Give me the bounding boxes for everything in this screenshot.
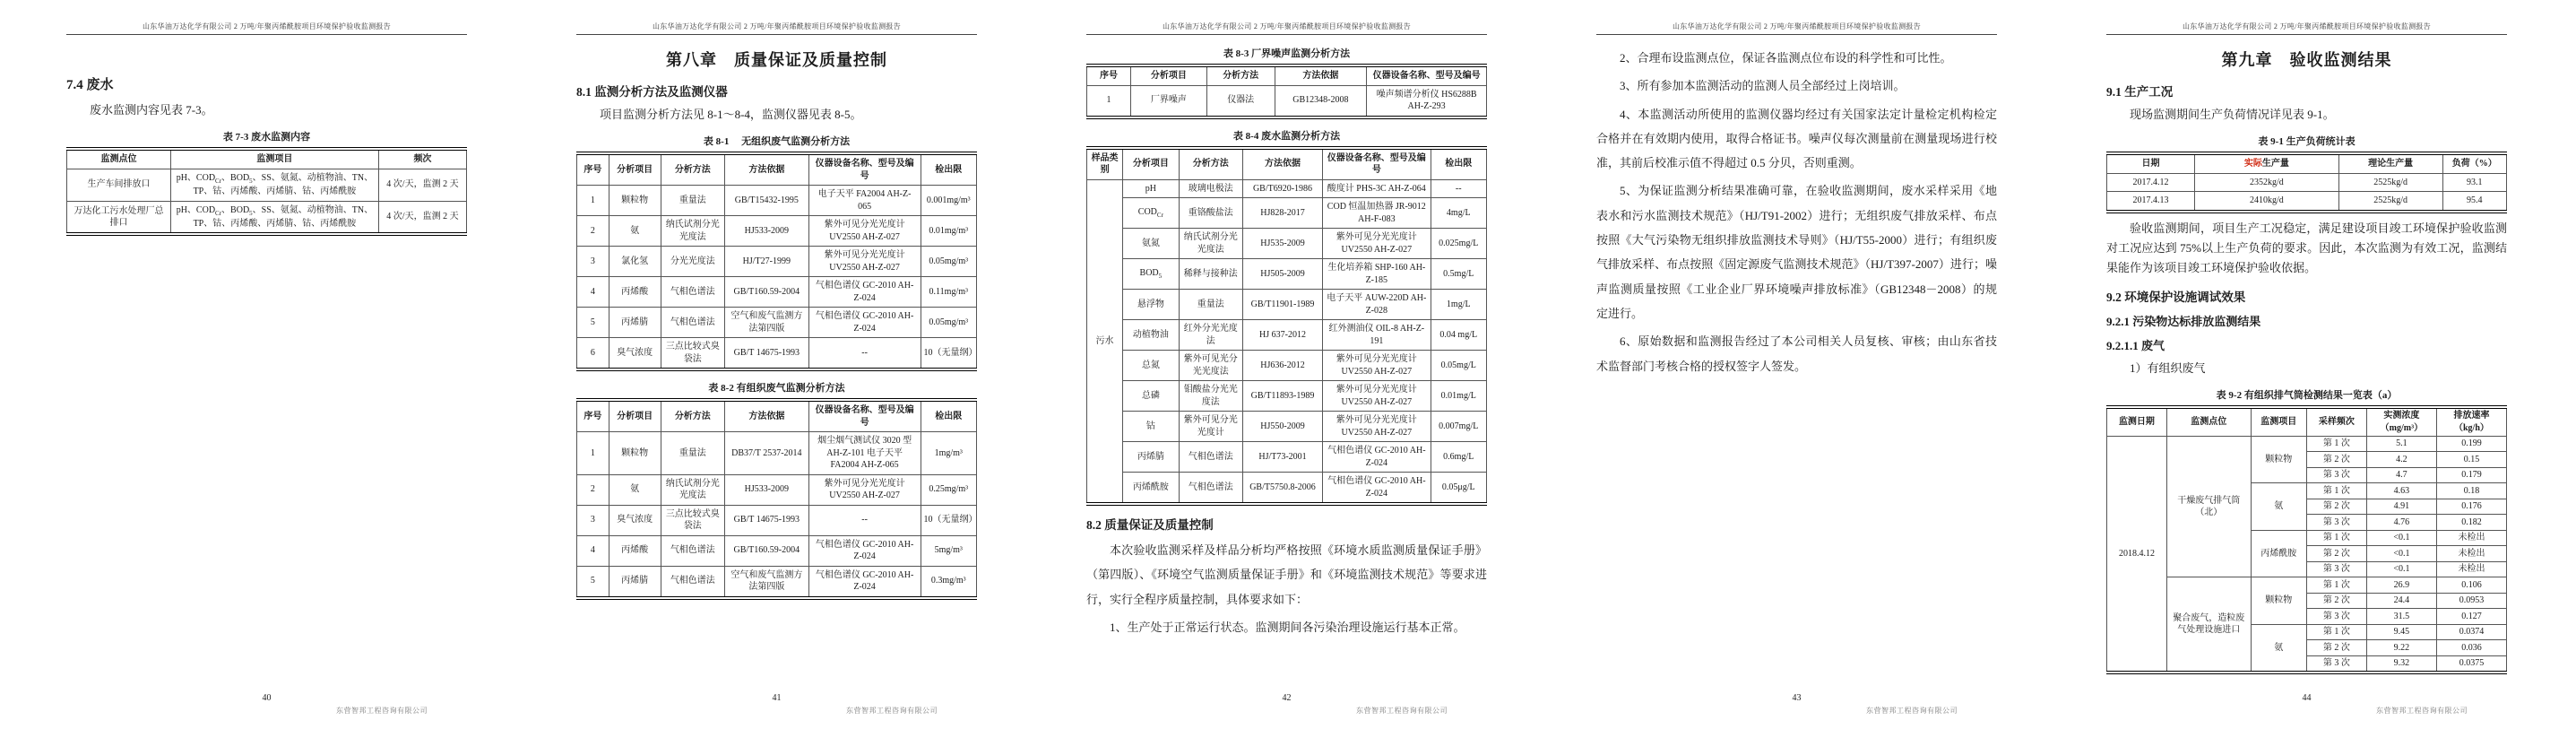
table-header-cell: 检出限	[921, 153, 976, 186]
table-cell: 第 1 次	[2306, 483, 2366, 499]
footer-company: 东营智邦工程咨询有限公司	[846, 706, 938, 716]
table-cell: 9.45	[2366, 624, 2436, 640]
table-8-1-title: 表 8-1 无组织废气监测分析方法	[576, 134, 977, 148]
table-cell: 悬浮物	[1123, 290, 1179, 320]
table-cell: 0.18	[2436, 483, 2506, 499]
table-cell: 气相色谱法	[1179, 473, 1242, 505]
table-cell: 紫外可见分光光度计 UV2550 AH-Z-027	[1323, 381, 1431, 412]
table-9-1-title: 表 9-1 生产负荷统计表	[2106, 134, 2507, 148]
table-cell: 气相色谱法	[661, 535, 724, 566]
table-cell: 电子天平 FA2004 AH-Z-065	[808, 186, 921, 216]
table-cell: 气相色谱仪 GC-2010 AH-Z-024	[808, 566, 921, 598]
table-cell: 干燥废气排气筒（北）	[2166, 436, 2251, 577]
table-cell: HJ533-2009	[725, 474, 809, 505]
table-cell: 紫外可见分光光度计 UV2550 AH-Z-027	[808, 216, 921, 247]
table-7-3-title: 表 7-3 废水监测内容	[66, 129, 467, 143]
table-cell: 4	[577, 277, 609, 308]
table-header-row: 序号分析项目分析方法方法依据仪器设备名称、型号及编号检出限	[577, 153, 977, 186]
table-cell: 丙烯腈	[1123, 442, 1179, 473]
table-cell: 0.176	[2436, 499, 2506, 515]
table-cell: 气相色谱法	[661, 566, 724, 598]
section-9-1-intro: 现场监测期间生产负荷情况详见表 9-1。	[2106, 105, 2507, 125]
table-cell: 0.106	[2436, 577, 2506, 594]
table-cell: 第 1 次	[2306, 436, 2366, 452]
table-row: 5丙烯腈气相色谱法空气和废气监测方法第四版气相色谱仪 GC-2010 AH-Z-…	[577, 566, 977, 598]
table-cell: --	[808, 338, 921, 370]
table-cell: 1	[1087, 85, 1131, 117]
table-cell: 第 3 次	[2306, 655, 2366, 673]
table-header-cell: 分析项目	[609, 153, 661, 186]
qc-item-6: 6、原始数据和监测报告经过了本公司相关人员复核、审核；由山东省技术监督部门考核合…	[1596, 329, 1997, 378]
table-cell: 4.76	[2366, 515, 2436, 531]
table-cell: 气相色谱仪 GC-2010 AH-Z-024	[808, 277, 921, 308]
table-cell: 氨	[2251, 483, 2306, 531]
table-row: 总氮紫外可见光分光光度法HJ636-2012紫外可见分光光度计 UV2550 A…	[1087, 351, 1487, 381]
table-header-cell: 分析方法	[661, 153, 724, 186]
table-cell: 未检出	[2436, 546, 2506, 562]
table-cell: 0.05mg/m³	[921, 308, 976, 338]
table-cell: 生化培养箱 SHP-160 AH-Z-185	[1323, 259, 1431, 290]
table-cell: 第 3 次	[2306, 515, 2366, 531]
table-header-row: 序号分析项目分析方法方法依据仪器设备名称、型号及编号	[1087, 65, 1487, 85]
table-cell: 1mg/L	[1431, 290, 1486, 320]
table-row: 1厂界噪声仪器法GB12348-2008噪声频谱分析仪 HS6288B AH-Z…	[1087, 85, 1487, 117]
table-cell: GB/T6920-1986	[1242, 179, 1322, 198]
section-9-1-conclusion: 验收监测期间，项目生产工况稳定，满足建设项目竣工环境保护验收监测对工况应达到 7…	[2106, 219, 2507, 278]
qc-item-4: 4、本监测活动所使用的监测仪器均经过有关国家法定计量检定机构检定合格并在有效期内…	[1596, 102, 1997, 176]
page-number: 44	[2067, 693, 2546, 703]
table-cell: --	[1431, 179, 1486, 198]
table-cell: 第 1 次	[2306, 624, 2366, 640]
table-cell: 24.4	[2366, 593, 2436, 609]
table-header-cell: 检出限	[1431, 148, 1486, 180]
table-row: 1颗粒物重量法GB/T15432-1995电子天平 FA2004 AH-Z-06…	[577, 186, 977, 216]
table-cell: 三点比较式臭袋法	[661, 505, 724, 535]
table-8-1: 序号分析项目分析方法方法依据仪器设备名称、型号及编号检出限1颗粒物重量法GB/T…	[576, 152, 977, 371]
table-row: 1颗粒物重量法DB37/T 2537-2014烟尘烟气测试仪 3020 型 AH…	[577, 432, 977, 475]
table-cell: 红外测油仪 OIL-8 AH-Z-191	[1323, 320, 1431, 351]
table-cell: 纳氏试剂分光光度法	[661, 474, 724, 505]
section-7-4-heading: 7.4 废水	[66, 74, 467, 93]
table-cell: HJ533-2009	[725, 216, 809, 247]
table-cell: 0.0953	[2436, 593, 2506, 609]
table-cell: 丙烯酸	[609, 277, 661, 308]
qc-item-3: 3、所有参加本监测活动的监测人员全部经过上岗培训。	[1596, 74, 1997, 98]
table-cell: 紫外可见分光光度计 UV2550 AH-Z-027	[808, 474, 921, 505]
table-header-cell: 分析方法	[661, 400, 724, 432]
section-8-2-heading: 8.2 质量保证及质量控制	[1086, 515, 1487, 533]
table-row: BOD5稀释与接种法HJ505-2009生化培养箱 SHP-160 AH-Z-1…	[1087, 259, 1487, 290]
page-number: 43	[1557, 693, 2036, 703]
table-cell: 气相色谱仪 GC-2010 AH-Z-024	[808, 535, 921, 566]
table-cell: 第 2 次	[2306, 593, 2366, 609]
table-cell: 气相色谱仪 GC-2010 AH-Z-024	[1323, 442, 1431, 473]
table-cell: 2525kg/d	[2338, 173, 2442, 192]
table-cell: 0.182	[2436, 515, 2506, 531]
table-header-cell: 序号	[1087, 65, 1131, 85]
table-cell: 重量法	[661, 186, 724, 216]
table-header-cell: 监测点位	[67, 149, 171, 169]
table-cell: 0.6mg/L	[1431, 442, 1486, 473]
table-cell: 氨	[2251, 624, 2306, 673]
table-row: 3氯化氢分光光度法HJ/T27-1999紫外可见分光光度计 UV2550 AH-…	[577, 247, 977, 277]
table-header-row: 样品类别分析项目分析方法方法依据仪器设备名称、型号及编号检出限	[1087, 148, 1487, 180]
table-cell: 钼酸盐分光光度法	[1179, 381, 1242, 412]
table-7-3: 监测点位监测项目频次生产车间排放口pH、CODCr、BOD5、SS、氨氮、动植物…	[66, 147, 467, 236]
page-43: 山东华油万达化学有限公司 2 万吨/年聚丙烯酰胺项目环境保护验收监测报告 2、合…	[1557, 0, 2036, 755]
table-cell: <0.1	[2366, 561, 2436, 577]
table-cell: DB37/T 2537-2014	[725, 432, 809, 475]
table-8-2-title: 表 8-2 有组织废气监测分析方法	[576, 380, 977, 395]
table-cell: 4.7	[2366, 467, 2436, 483]
table-header-cell: 分析方法	[1179, 148, 1242, 180]
table-row: 动植物油红外分光光度法HJ 637-2012红外测油仪 OIL-8 AH-Z-1…	[1087, 320, 1487, 351]
table-cell: 第 3 次	[2306, 561, 2366, 577]
organized-gas-label: 1）有组织废气	[2106, 359, 2507, 378]
table-cell: 0.01mg/m³	[921, 216, 976, 247]
table-9-2-title: 表 9-2 有组织排气筒检测结果一览表（a）	[2106, 387, 2507, 402]
section-9-2-1-1-heading: 9.2.1.1 废气	[2106, 336, 2507, 353]
table-row: 丙烯腈气相色谱法HJ/T73-2001气相色谱仪 GC-2010 AH-Z-02…	[1087, 442, 1487, 473]
table-cell: 未检出	[2436, 530, 2506, 546]
table-cell: 0.036	[2436, 640, 2506, 656]
table-cell: 4 次/天，监测 2 天	[378, 201, 466, 234]
table-cell: 3	[577, 247, 609, 277]
table-header-cell: 仪器设备名称、型号及编号	[808, 400, 921, 432]
table-cell: 氯化氢	[609, 247, 661, 277]
table-cell: 第 3 次	[2306, 467, 2366, 483]
table-cell: 玻璃电极法	[1179, 179, 1242, 198]
table-cell: 颗粒物	[609, 432, 661, 475]
table-row: 丙烯酰胺气相色谱法GB/T5750.8-2006气相色谱仪 GC-2010 AH…	[1087, 473, 1487, 505]
table-cell: 2017.4.12	[2107, 173, 2195, 192]
table-cell: 0.179	[2436, 467, 2506, 483]
table-cell: 颗粒物	[609, 186, 661, 216]
table-row: 聚合废气，造粒废气处理设施进口颗粒物第 1 次26.90.106	[2107, 577, 2507, 594]
table-9-1: 日期实际生产量理论生产量负荷（%）2017.4.122352kg/d2525kg…	[2106, 152, 2507, 213]
table-cell: 颗粒物	[2251, 577, 2306, 625]
section-9-2-heading: 9.2 环境保护设施调试效果	[2106, 287, 2507, 305]
page-41: 山东华油万达化学有限公司 2 万吨/年聚丙烯酰胺项目环境保护验收监测报告 第八章…	[537, 0, 1016, 755]
table-cell: 2525kg/d	[2338, 192, 2442, 212]
table-header-cell: 监测日期	[2107, 407, 2167, 437]
table-cell: 重铬酸盐法	[1179, 198, 1242, 229]
table-cell: HJ/T73-2001	[1242, 442, 1322, 473]
table-cell: 空气和废气监测方法第四版	[725, 566, 809, 598]
table-cell: 第 1 次	[2306, 577, 2366, 594]
table-cell: 4.91	[2366, 499, 2436, 515]
table-cell: 第 2 次	[2306, 499, 2366, 515]
table-row: 悬浮物重量法GB/T11901-1989电子天平 AUW-220D AH-Z-0…	[1087, 290, 1487, 320]
table-row: 万达化工污水处理厂总排口pH、CODCr、BOD5、SS、氨氮、动植物油、TN、…	[67, 201, 467, 234]
table-cell: 5mg/m³	[921, 535, 976, 566]
table-cell: GB/T160.59-2004	[725, 277, 809, 308]
table-cell: 氨	[609, 216, 661, 247]
table-cell: 电子天平 AUW-220D AH-Z-028	[1323, 290, 1431, 320]
table-cell: 10（无量纲）	[921, 338, 976, 370]
footer-company: 东营智邦工程咨询有限公司	[1356, 706, 1448, 716]
table-header-cell: 序号	[577, 400, 609, 432]
table-cell: HJ505-2009	[1242, 259, 1322, 290]
table-header-cell: 方法依据	[1275, 65, 1367, 85]
table-cell: 0.05μg/L	[1431, 473, 1486, 505]
report-header: 山东华油万达化学有限公司 2 万吨/年聚丙烯酰胺项目环境保护验收监测报告	[576, 22, 977, 35]
table-cell: 第 3 次	[2306, 609, 2366, 625]
table-cell: GB/T160.59-2004	[725, 535, 809, 566]
table-row: 2018.4.12干燥废气排气筒（北）颗粒物第 1 次5.10.199	[2107, 436, 2507, 452]
table-header-cell: 监测项目	[2251, 407, 2306, 437]
table-cell: 污水	[1087, 179, 1123, 504]
table-8-2: 序号分析项目分析方法方法依据仪器设备名称、型号及编号检出限1颗粒物重量法DB37…	[576, 398, 977, 600]
table-row: 钴紫外可见分光光度计HJ550-2009紫外可见分光光度计 UV2550 AH-…	[1087, 412, 1487, 442]
table-8-4-title: 表 8-4 废水监测分析方法	[1086, 128, 1487, 143]
table-cell: CODCr	[1123, 198, 1179, 229]
table-cell: BOD5	[1123, 259, 1179, 290]
table-cell: 空气和废气监测方法第四版	[725, 308, 809, 338]
table-cell: 生产车间排放口	[67, 169, 171, 201]
table-cell: GB/T 14675-1993	[725, 505, 809, 535]
table-cell: 2	[577, 216, 609, 247]
report-header: 山东华油万达化学有限公司 2 万吨/年聚丙烯酰胺项目环境保护验收监测报告	[1596, 22, 1997, 35]
table-cell: 0.0374	[2436, 624, 2506, 640]
table-cell: 丙烯酸	[609, 535, 661, 566]
table-cell: HJ550-2009	[1242, 412, 1322, 442]
table-row: 3臭气浓度三点比较式臭袋法GB/T 14675-1993--10（无量纲）	[577, 505, 977, 535]
table-cell: 总磷	[1123, 381, 1179, 412]
table-header-cell: 序号	[577, 153, 609, 186]
table-cell: 1mg/m³	[921, 432, 976, 475]
table-8-4: 样品类别分析项目分析方法方法依据仪器设备名称、型号及编号检出限污水pH玻璃电极法…	[1086, 146, 1487, 507]
table-cell: GB/T5750.8-2006	[1242, 473, 1322, 505]
table-cell: 2410kg/d	[2195, 192, 2339, 212]
table-cell: 气相色谱仪 GC-2010 AH-Z-024	[1323, 473, 1431, 505]
table-row: 污水pH玻璃电极法GB/T6920-1986酸度计 PHS-3C AH-Z-06…	[1087, 179, 1487, 198]
table-cell: 丙烯酰胺	[1123, 473, 1179, 505]
table-header-cell: 分析项目	[1123, 148, 1179, 180]
table-cell: 0.199	[2436, 436, 2506, 452]
table-header-cell: 实际生产量	[2195, 153, 2339, 173]
table-row: 2017.4.132410kg/d2525kg/d95.4	[2107, 192, 2507, 212]
chapter-8-title: 第八章 质量保证及质量控制	[576, 48, 977, 71]
table-cell: 0.01mg/L	[1431, 381, 1486, 412]
table-cell: 氨氮	[1123, 229, 1179, 259]
table-row: 2氨纳氏试剂分光光度法HJ533-2009紫外可见分光光度计 UV2550 AH…	[577, 474, 977, 505]
section-8-2-paragraph: 本次验收监测采样及样品分析均严格按照《环境水质监测质量保证手册》（第四版）、《环…	[1086, 538, 1487, 612]
table-cell: 2018.4.12	[2107, 436, 2167, 673]
table-cell: 4mg/L	[1431, 198, 1486, 229]
table-cell: 95.4	[2442, 192, 2506, 212]
table-cell: 4.63	[2366, 483, 2436, 499]
table-cell: 臭气浓度	[609, 338, 661, 370]
table-header-cell: 分析项目	[1131, 65, 1207, 85]
table-cell: pH、CODCr、BOD5、SS、氨氮、动植物油、TN、TP、钴、丙烯酸、丙烯腈…	[170, 201, 378, 234]
table-header-cell: 理论生产量	[2338, 153, 2442, 173]
table-cell: <0.1	[2366, 530, 2436, 546]
table-cell: 动植物油	[1123, 320, 1179, 351]
table-row: 氨氮纳氏试剂分光光度法HJ535-2009紫外可见分光光度计 UV2550 AH…	[1087, 229, 1487, 259]
table-header-cell: 方法依据	[725, 400, 809, 432]
table-9-2: 监测日期监测点位监测项目采样频次实测浓度（mg/m³）排放速率（kg/h）201…	[2106, 405, 2507, 675]
table-cell: pH	[1123, 179, 1179, 198]
table-cell: HJ 637-2012	[1242, 320, 1322, 351]
table-header-cell: 监测点位	[2166, 407, 2251, 437]
table-cell: 聚合废气，造粒废气处理设施进口	[2166, 577, 2251, 673]
table-cell: 丙烯酰胺	[2251, 530, 2306, 577]
section-7-4-intro: 废水监测内容见表 7-3。	[66, 100, 467, 120]
table-cell: 紫外可见光分光光度法	[1179, 351, 1242, 381]
table-cell: 0.15	[2436, 452, 2506, 468]
page-number: 41	[537, 693, 1016, 703]
table-cell: 9.22	[2366, 640, 2436, 656]
table-header-cell: 监测项目	[170, 149, 378, 169]
table-cell: 1	[577, 186, 609, 216]
table-cell: 0.04 mg/L	[1431, 320, 1486, 351]
table-cell: 噪声频谱分析仪 HS6288B AH-Z-293	[1367, 85, 1487, 117]
table-cell: 1	[577, 432, 609, 475]
table-row: 生产车间排放口pH、CODCr、BOD5、SS、氨氮、动植物油、TN、TP、钴、…	[67, 169, 467, 201]
table-cell: COD 恒温加热器 JR-9012 AH-F-083	[1323, 198, 1431, 229]
table-cell: 3	[577, 505, 609, 535]
report-header: 山东华油万达化学有限公司 2 万吨/年聚丙烯酰胺项目环境保护验收监测报告	[66, 22, 467, 35]
table-cell: 26.9	[2366, 577, 2436, 594]
table-cell: GB/T11901-1989	[1242, 290, 1322, 320]
table-cell: 紫外可见分光光度计 UV2550 AH-Z-027	[1323, 351, 1431, 381]
table-header-cell: 方法依据	[725, 153, 809, 186]
table-cell: 0.025mg/L	[1431, 229, 1486, 259]
table-8-3-title: 表 8-3 厂界噪声监测分析方法	[1086, 46, 1487, 60]
table-cell: 钴	[1123, 412, 1179, 442]
table-cell: 气相色谱法	[1179, 442, 1242, 473]
table-cell: 10（无量纲）	[921, 505, 976, 535]
table-header-cell: 日期	[2107, 153, 2195, 173]
section-9-1-heading: 9.1 生产工况	[2106, 82, 2507, 100]
table-cell: 总氮	[1123, 351, 1179, 381]
page-number: 40	[27, 693, 506, 703]
table-cell: 紫外可见分光光度计 UV2550 AH-Z-027	[1323, 412, 1431, 442]
table-header-cell: 仪器设备名称、型号及编号	[808, 153, 921, 186]
table-cell: 气相色谱仪 GC-2010 AH-Z-024	[808, 308, 921, 338]
table-cell: 烟尘烟气测试仪 3020 型 AH-Z-101 电子天平 FA2004 AH-Z…	[808, 432, 921, 475]
table-cell: 颗粒物	[2251, 436, 2306, 483]
table-cell: 第 2 次	[2306, 452, 2366, 468]
page-number: 42	[1047, 693, 1526, 703]
table-header-cell: 负荷（%）	[2442, 153, 2506, 173]
table-cell: 2017.4.13	[2107, 192, 2195, 212]
table-cell: GB/T15432-1995	[725, 186, 809, 216]
table-cell: 红外分光光度法	[1179, 320, 1242, 351]
table-cell: 厂界噪声	[1131, 85, 1207, 117]
table-header-cell: 分析方法	[1206, 65, 1275, 85]
table-cell: 纳氏试剂分光光度法	[661, 216, 724, 247]
table-cell: pH、CODCr、BOD5、SS、氨氮、动植物油、TN、TP、钴、丙烯酸、丙烯腈…	[170, 169, 378, 201]
table-cell: 分光光度法	[661, 247, 724, 277]
table-cell: 5.1	[2366, 436, 2436, 452]
table-cell: 万达化工污水处理厂总排口	[67, 201, 171, 234]
table-header-cell: 频次	[378, 149, 466, 169]
table-cell: 2	[577, 474, 609, 505]
table-cell: 31.5	[2366, 609, 2436, 625]
document-viewer: 山东华油万达化学有限公司 2 万吨/年聚丙烯酰胺项目环境保护验收监测报告 7.4…	[0, 0, 2576, 755]
table-header-row: 日期实际生产量理论生产量负荷（%）	[2107, 153, 2507, 173]
table-cell: HJ636-2012	[1242, 351, 1322, 381]
table-cell: 仪器法	[1206, 85, 1275, 117]
table-cell: 9.32	[2366, 655, 2436, 673]
table-row: 4丙烯酸气相色谱法GB/T160.59-2004气相色谱仪 GC-2010 AH…	[577, 277, 977, 308]
table-header-cell: 仪器设备名称、型号及编号	[1323, 148, 1431, 180]
section-8-1-intro: 项目监测分析方法见 8-1～8-4，监测仪器见表 8-5。	[576, 105, 977, 125]
report-header: 山东华油万达化学有限公司 2 万吨/年聚丙烯酰胺项目环境保护验收监测报告	[2106, 22, 2507, 35]
table-row: CODCr重铬酸盐法HJ828-2017COD 恒温加热器 JR-9012 AH…	[1087, 198, 1487, 229]
table-cell: 0.3mg/m³	[921, 566, 976, 598]
table-header-cell: 分析项目	[609, 400, 661, 432]
table-cell: 第 2 次	[2306, 640, 2366, 656]
table-cell: 93.1	[2442, 173, 2506, 192]
table-cell: 重量法	[661, 432, 724, 475]
table-header-cell: 采样频次	[2306, 407, 2366, 437]
page-40: 山东华油万达化学有限公司 2 万吨/年聚丙烯酰胺项目环境保护验收监测报告 7.4…	[27, 0, 506, 755]
table-cell: --	[808, 505, 921, 535]
report-header: 山东华油万达化学有限公司 2 万吨/年聚丙烯酰胺项目环境保护验收监测报告	[1086, 22, 1487, 35]
table-cell: 紫外可见分光光度计 UV2550 AH-Z-027	[808, 247, 921, 277]
table-cell: 三点比较式臭袋法	[661, 338, 724, 370]
table-cell: 丙烯腈	[609, 566, 661, 598]
table-header-row: 监测日期监测点位监测项目采样频次实测浓度（mg/m³）排放速率（kg/h）	[2107, 407, 2507, 437]
table-cell: <0.1	[2366, 546, 2436, 562]
table-row: 总磷钼酸盐分光光度法GB/T11893-1989紫外可见分光光度计 UV2550…	[1087, 381, 1487, 412]
table-row: 4丙烯酸气相色谱法GB/T160.59-2004气相色谱仪 GC-2010 AH…	[577, 535, 977, 566]
table-row: 6臭气浓度三点比较式臭袋法GB/T 14675-1993--10（无量纲）	[577, 338, 977, 370]
table-cell: 第 2 次	[2306, 546, 2366, 562]
table-cell: 臭气浓度	[609, 505, 661, 535]
table-cell: 紫外可见分光光度计	[1179, 412, 1242, 442]
section-8-1-heading: 8.1 监测分析方法及监测仪器	[576, 82, 977, 100]
table-cell: 纳氏试剂分光光度法	[1179, 229, 1242, 259]
footer-company: 东营智邦工程咨询有限公司	[336, 706, 428, 716]
table-cell: 未检出	[2436, 561, 2506, 577]
footer-company: 东营智邦工程咨询有限公司	[1866, 706, 1958, 716]
section-9-2-1-heading: 9.2.1 污染物达标排放监测结果	[2106, 312, 2507, 329]
table-cell: 4	[577, 535, 609, 566]
table-cell: 5	[577, 566, 609, 598]
table-cell: HJ535-2009	[1242, 229, 1322, 259]
table-cell: 第 1 次	[2306, 530, 2366, 546]
table-header-cell: 检出限	[921, 400, 976, 432]
table-cell: 重量法	[1179, 290, 1242, 320]
table-cell: 6	[577, 338, 609, 370]
table-cell: 0.5mg/L	[1431, 259, 1486, 290]
table-cell: 4.2	[2366, 452, 2436, 468]
table-cell: 0.0375	[2436, 655, 2506, 673]
table-header-cell: 样品类别	[1087, 148, 1123, 180]
table-cell: 0.25mg/m³	[921, 474, 976, 505]
table-cell: 4 次/天，监测 2 天	[378, 169, 466, 201]
table-header-cell: 方法依据	[1242, 148, 1322, 180]
table-cell: HJ828-2017	[1242, 198, 1322, 229]
page-44: 山东华油万达化学有限公司 2 万吨/年聚丙烯酰胺项目环境保护验收监测报告 第九章…	[2067, 0, 2546, 755]
table-cell: 酸度计 PHS-3C AH-Z-064	[1323, 179, 1431, 198]
page-42: 山东华油万达化学有限公司 2 万吨/年聚丙烯酰胺项目环境保护验收监测报告 表 8…	[1047, 0, 1526, 755]
table-header-row: 序号分析项目分析方法方法依据仪器设备名称、型号及编号检出限	[577, 400, 977, 432]
table-header-cell: 排放速率（kg/h）	[2436, 407, 2506, 437]
table-cell: 0.127	[2436, 609, 2506, 625]
table-cell: 稀释与接种法	[1179, 259, 1242, 290]
table-header-cell: 实测浓度（mg/m³）	[2366, 407, 2436, 437]
table-header-row: 监测点位监测项目频次	[67, 149, 467, 169]
table-cell: 0.007mg/L	[1431, 412, 1486, 442]
table-cell: 2352kg/d	[2195, 173, 2339, 192]
table-row: 2氨纳氏试剂分光光度法HJ533-2009紫外可见分光光度计 UV2550 AH…	[577, 216, 977, 247]
table-cell: GB/T11893-1989	[1242, 381, 1322, 412]
